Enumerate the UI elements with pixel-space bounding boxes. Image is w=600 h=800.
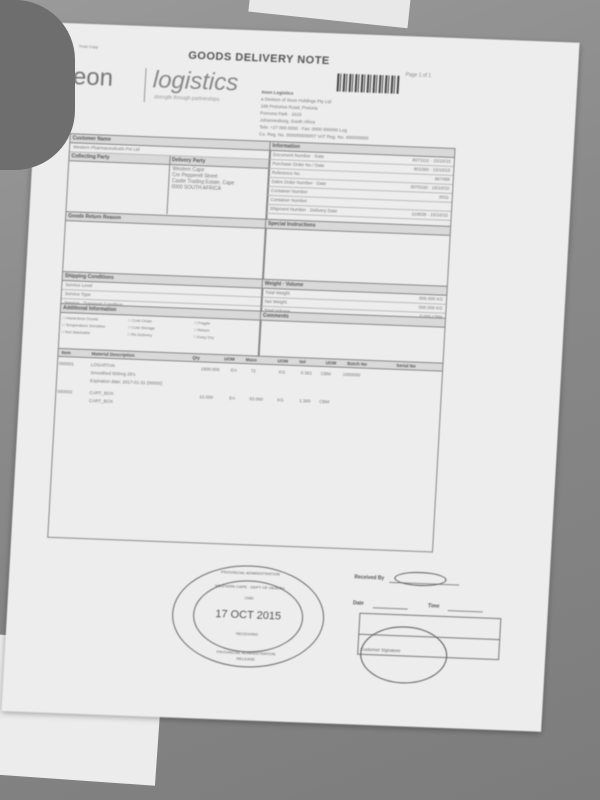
- date-label: Date: [353, 600, 364, 606]
- column-header: UOM: [221, 355, 243, 363]
- holding-thumb: [0, 0, 75, 170]
- document-title: GOODS DELIVERY NOTE: [188, 50, 330, 67]
- checkbox-option: □ Return: [194, 327, 258, 334]
- logo-brand-right: logistics: [152, 66, 239, 97]
- time-line: [448, 610, 483, 612]
- received-by-label: Received By: [354, 574, 384, 581]
- checkbox-option: □ Cold Storage: [128, 325, 192, 332]
- date-line: [373, 607, 408, 609]
- copy-label: Trust Copy: [79, 44, 99, 50]
- special-instructions-section: Special Instructions: [262, 219, 451, 288]
- checkbox-option: □ Keep Dry: [194, 334, 258, 341]
- column-header: Vol: [296, 358, 323, 366]
- company-name: Xeon Logistics: [261, 90, 293, 96]
- checkbox-option: □ Temperature Sensitive: [62, 322, 126, 329]
- checkbox-option: □ Cold Chain: [128, 318, 192, 325]
- official-stamp: PROVINCIAL ADMINISTRATION WESTERN CAPE ·…: [169, 563, 327, 671]
- customer-section: Customer Name Western Pharmaceuticals Pv…: [65, 133, 271, 221]
- checkbox-option: □ Fragile: [194, 320, 258, 327]
- column-header: Item: [58, 349, 88, 357]
- barcode-icon: [337, 73, 400, 93]
- column-header: UOM: [322, 359, 344, 367]
- items-table-frame: [47, 357, 443, 553]
- goods-delivery-note: Trust Copy GOODS DELIVERY NOTE eon logis…: [1, 22, 579, 732]
- company-address: Xeon Logistics a Division of Xeon Holdin…: [259, 89, 371, 142]
- logo-tagline: strength through partnerships: [154, 94, 220, 102]
- column-header: Qty: [189, 354, 221, 362]
- goods-return-section: Goods Return Reason: [62, 211, 267, 281]
- column-header: Mass: [243, 356, 275, 364]
- logo-brand-left: eon: [72, 63, 114, 92]
- column-header: UOM: [274, 357, 296, 365]
- delivery-party-address: Western Cape Cnr Pepperell Street Castle…: [168, 165, 269, 195]
- checkbox-option: □ Not Stackable: [62, 329, 126, 336]
- time-label: Time: [428, 603, 440, 609]
- checkbox-option: □ Hazardous Goods: [62, 315, 126, 322]
- received-signature: [394, 571, 447, 587]
- information-section: Information Document Number · Date807311…: [265, 141, 455, 228]
- checkbox-option: □ Re-Delivery: [128, 332, 192, 339]
- stamp-date: 17 OCT 2015: [194, 607, 303, 623]
- page-number: Page 1 of 1: [405, 72, 431, 79]
- logo-divider: [144, 68, 147, 102]
